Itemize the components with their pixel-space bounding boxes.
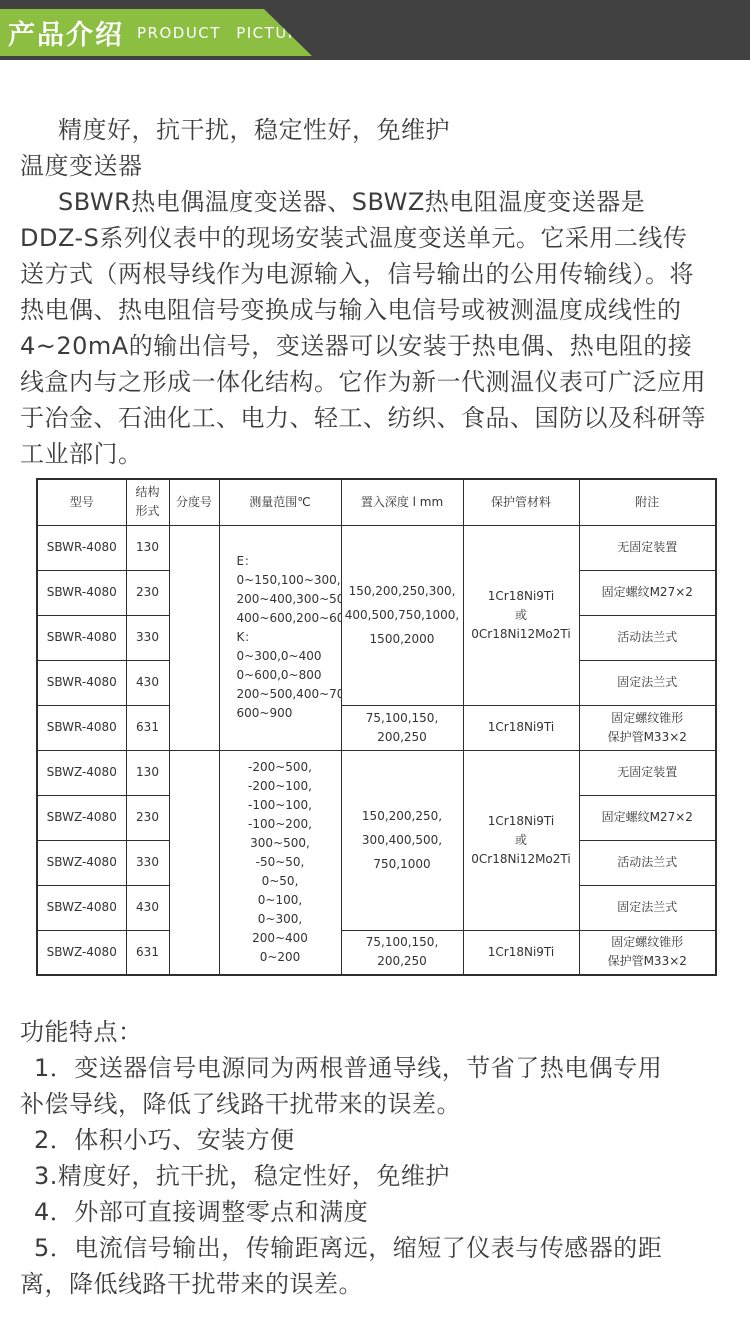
intro-line: 4~20mA的输出信号，变送器可以安装于热电偶、热电阻的接 bbox=[20, 328, 730, 364]
feature-line: 离，降低线路干扰带来的误差。 bbox=[20, 1266, 730, 1302]
cell-model: SBWZ-4080 bbox=[37, 795, 126, 840]
cell-structure-form: 130 bbox=[126, 525, 169, 570]
cell-insert-depth: 150,200,250, 300,400,500, 750,1000 bbox=[341, 750, 463, 930]
header-structure: 结构 形式 bbox=[126, 479, 169, 525]
header-depth: 置入深度 l mm bbox=[341, 479, 463, 525]
cell-note: 无固定装置 bbox=[579, 525, 716, 570]
header-material: 保护管材料 bbox=[463, 479, 579, 525]
cell-tube-material: 1Cr18Ni9Ti bbox=[463, 930, 579, 975]
intro-paragraphs: 精度好，抗干扰，稳定性好，免维护 温度变送器 SBWR热电偶温度变送器、SBWZ… bbox=[20, 112, 730, 472]
intro-line: 热电偶、热电阻信号变换成与输入电信号或被测温度成线性的 bbox=[20, 292, 730, 328]
cell-structure-form: 631 bbox=[126, 705, 169, 750]
table-header-row: 型号 结构 形式 分度号 测量范围℃ 置入深度 l mm 保护管材料 附注 bbox=[37, 479, 716, 525]
intro-line: 送方式（两根导线作为电源输入，信号输出的公用传输线）。将 bbox=[20, 256, 730, 292]
feature-line: 3.精度好，抗干扰，稳定性好，免维护 bbox=[20, 1158, 730, 1194]
cell-model: SBWR-4080 bbox=[37, 705, 126, 750]
intro-line: 工业部门。 bbox=[20, 436, 730, 472]
intro-line: 线盒内与之形成一体化结构。它作为新一代测温仪表可广泛应用 bbox=[20, 364, 730, 400]
cell-model: SBWR-4080 bbox=[37, 660, 126, 705]
intro-line: 温度变送器 bbox=[20, 148, 730, 184]
table-row: SBWZ-4080 130 -200~500, -200~100, -100~1… bbox=[37, 750, 716, 795]
feature-line: 补偿导线，降低了线路干扰带来的误差。 bbox=[20, 1086, 730, 1122]
feature-line: 2．体积小巧、安装方便 bbox=[20, 1122, 730, 1158]
cell-model: SBWR-4080 bbox=[37, 615, 126, 660]
cell-tube-material: 1Cr18Ni9Ti 或0Cr18Ni12Mo2Ti bbox=[463, 750, 579, 930]
cell-model: SBWR-4080 bbox=[37, 525, 126, 570]
cell-structure-form: 430 bbox=[126, 885, 169, 930]
cell-measure-range: -200~500, -200~100, -100~100, -100~200, … bbox=[219, 750, 341, 975]
header-range: 测量范围℃ bbox=[219, 479, 341, 525]
cell-note: 无固定装置 bbox=[579, 750, 716, 795]
cell-structure-form: 230 bbox=[126, 570, 169, 615]
cell-tube-material: 1Cr18Ni9Ti bbox=[463, 705, 579, 750]
cell-note: 固定法兰式 bbox=[579, 885, 716, 930]
cell-note: 固定螺纹锥形 保护管M33×2 bbox=[579, 705, 716, 750]
intro-line: 精度好，抗干扰，稳定性好，免维护 bbox=[20, 112, 730, 148]
cell-note: 固定螺纹锥形 保护管M33×2 bbox=[579, 930, 716, 975]
spec-table: 型号 结构 形式 分度号 测量范围℃ 置入深度 l mm 保护管材料 附注 SB… bbox=[36, 478, 717, 976]
intro-line: SBWR热电偶温度变送器、SBWZ热电阻温度变送器是 bbox=[20, 184, 730, 220]
cell-model: SBWZ-4080 bbox=[37, 885, 126, 930]
feature-line: 1．变送器信号电源同为两根普通导线，节省了热电偶专用 bbox=[20, 1050, 730, 1086]
cell-note: 活动法兰式 bbox=[579, 615, 716, 660]
cell-note: 固定螺纹M27×2 bbox=[579, 795, 716, 840]
cell-structure-form: 631 bbox=[126, 930, 169, 975]
header-graduation: 分度号 bbox=[169, 479, 219, 525]
intro-line: 于冶金、石油化工、电力、轻工、纺织、食品、国防以及科研等 bbox=[20, 400, 730, 436]
cell-insert-depth: 75,100,150, 200,250 bbox=[341, 705, 463, 750]
features-section: 功能特点： 1．变送器信号电源同为两根普通导线，节省了热电偶专用 补偿导线，降低… bbox=[20, 1014, 730, 1322]
header-notes: 附注 bbox=[579, 479, 716, 525]
cell-graduation bbox=[169, 525, 219, 750]
cell-model: SBWR-4080 bbox=[37, 570, 126, 615]
cell-note: 固定法兰式 bbox=[579, 660, 716, 705]
table-row: SBWR-4080 631 75,100,150, 200,250 1Cr18N… bbox=[37, 705, 716, 750]
table-row: SBWR-4080 130 E： 0~150,100~300, 200~400,… bbox=[37, 525, 716, 570]
cell-note: 活动法兰式 bbox=[579, 840, 716, 885]
cell-structure-form: 330 bbox=[126, 840, 169, 885]
page-header-bar: 产品介绍 PRODUCT PICTURES bbox=[0, 0, 750, 60]
cell-tube-material: 1Cr18Ni9Ti 或0Cr18Ni12Mo2Ti bbox=[463, 525, 579, 705]
section-title-cn: 产品介绍 bbox=[8, 13, 124, 52]
cell-model: SBWZ-4080 bbox=[37, 930, 126, 975]
cell-measure-range: E： 0~150,100~300, 200~400,300~500, 400~6… bbox=[219, 525, 341, 750]
cell-model: SBWZ-4080 bbox=[37, 840, 126, 885]
cell-note: 固定螺纹M27×2 bbox=[579, 570, 716, 615]
section-title-ribbon: 产品介绍 PRODUCT PICTURES bbox=[0, 9, 312, 56]
cell-insert-depth: 75,100,150, 200,250 bbox=[341, 930, 463, 975]
feature-line: 4．外部可直接调整零点和满度 bbox=[20, 1194, 730, 1230]
table-row: SBWZ-4080 631 75,100,150, 200,250 1Cr18N… bbox=[37, 930, 716, 975]
cell-insert-depth: 150,200,250,300, 400,500,750,1000, 1500,… bbox=[341, 525, 463, 705]
cell-model: SBWZ-4080 bbox=[37, 750, 126, 795]
cell-graduation bbox=[169, 750, 219, 975]
cell-structure-form: 330 bbox=[126, 615, 169, 660]
cell-structure-form: 130 bbox=[126, 750, 169, 795]
section-title-en: PRODUCT PICTURES bbox=[137, 24, 322, 42]
cell-structure-form: 230 bbox=[126, 795, 169, 840]
intro-line: DDZ-S系列仪表中的现场安装式温度变送单元。它采用二线传 bbox=[20, 220, 730, 256]
cell-structure-form: 430 bbox=[126, 660, 169, 705]
feature-line: 5．电流信号输出，传输距离远，缩短了仪表与传感器的距 bbox=[20, 1230, 730, 1266]
features-title: 功能特点： bbox=[20, 1014, 730, 1050]
header-model: 型号 bbox=[37, 479, 126, 525]
